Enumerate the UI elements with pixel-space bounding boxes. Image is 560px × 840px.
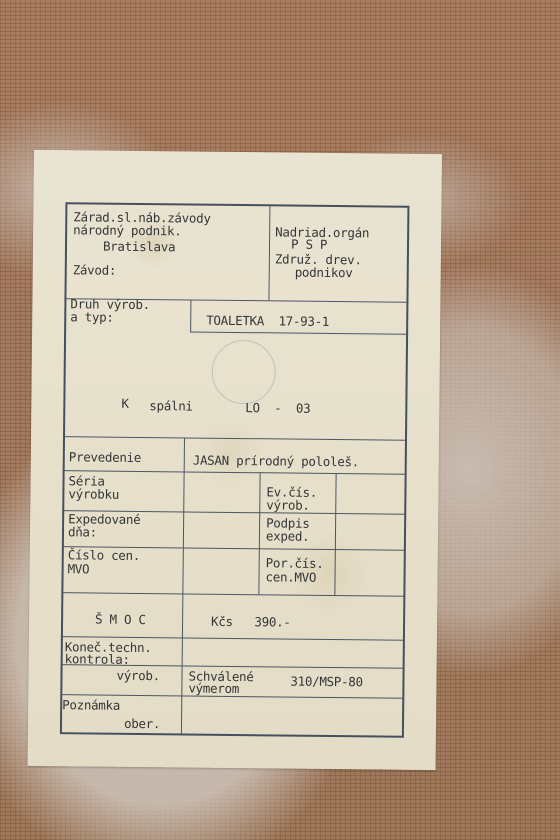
approved-ref: 310/MSP-80 xyxy=(290,675,362,689)
note-label-2: ober. xyxy=(124,717,160,730)
finish-label: Prevedenie xyxy=(69,450,141,464)
evidence-no-label-2: výrob. xyxy=(266,498,309,511)
price-no-label-2: MVO xyxy=(68,562,90,575)
furniture-label-card: Zárad.sl.náb.závody národný podnik. Brat… xyxy=(28,150,442,770)
approved-label-2: výmerom xyxy=(188,682,239,696)
shipped-label-2: dňa: xyxy=(68,525,97,538)
price-no-label-1: Číslo cen. xyxy=(68,548,140,562)
set-code: LO - 03 xyxy=(245,401,310,415)
set-prefix: K xyxy=(121,397,128,410)
control-label-3: výrob. xyxy=(116,669,159,682)
price-value: Kčs 390.- xyxy=(211,615,291,629)
series-label-2: výrobku xyxy=(68,487,119,501)
issuer-line2: národný podnik. xyxy=(73,223,182,237)
control-label-2: kontrola: xyxy=(65,652,130,666)
note-label-1: Poznámka xyxy=(62,698,120,712)
product-type-label-2: a typ: xyxy=(70,310,113,323)
issuer-city: Bratislava xyxy=(103,240,175,254)
order-no-label-1: Por.čís. xyxy=(266,556,324,570)
finish-value: JASAN prírodný pololeš. xyxy=(193,454,359,469)
signature-label-2: exped. xyxy=(266,529,309,542)
price-label: Š M O C xyxy=(95,613,146,627)
authority-line4: podnikov xyxy=(295,266,353,280)
order-no-label-2: cen.MVO xyxy=(265,570,316,584)
authority-line2: P S P xyxy=(291,238,327,251)
set-name: spálni xyxy=(149,399,192,412)
faded-stamp xyxy=(211,340,276,405)
issuer-plant-label: Závod: xyxy=(73,263,116,276)
product-type-value: TOALETKA 17-93-1 xyxy=(206,314,329,328)
